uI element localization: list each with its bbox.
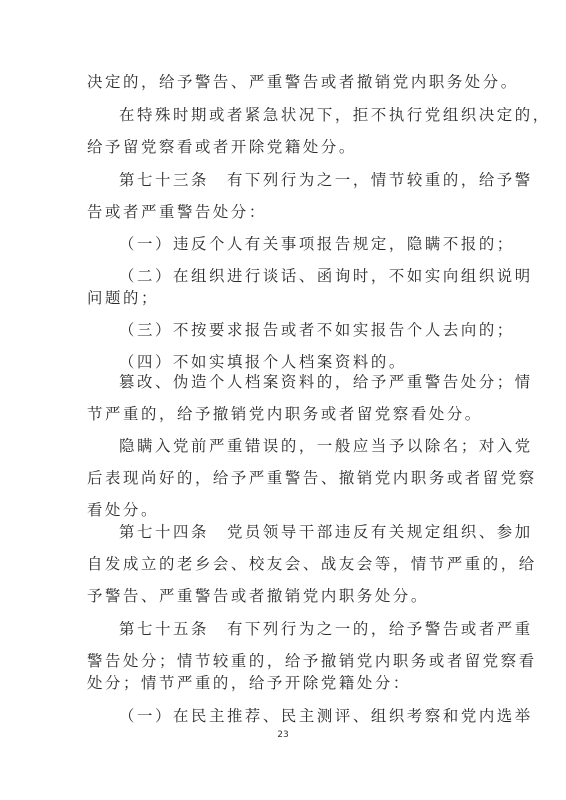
text-line: 节严重的，给予撤销党内职务或者留党察看处分。 bbox=[87, 403, 482, 425]
text-line: 篡改、伪造个人档案资料的，给予严重警告处分；情 bbox=[119, 371, 482, 393]
text-line: 警告处分；情节较重的，给予撤销党内职务或者留党察看 bbox=[87, 650, 482, 672]
list-item: （四）不如实填报个人档案资料的。 bbox=[119, 351, 482, 373]
page-number: 23 bbox=[0, 730, 566, 740]
article-74-heading-line: 第七十四条 党员领导干部违反有关规定组织、参加 bbox=[119, 521, 482, 543]
text-line: 处分；情节严重的，给予开除党籍处分： bbox=[87, 672, 482, 694]
text-line: 告或者严重警告处分： bbox=[87, 201, 482, 223]
list-item: （一）在民主推荐、民主测评、组织考察和党内选举 bbox=[119, 705, 482, 727]
text-line: 隐瞒入党前严重错误的，一般应当予以除名；对入党 bbox=[119, 435, 482, 457]
list-item: （一）违反个人有关事项报告规定，隐瞒不报的； bbox=[119, 233, 482, 255]
text-line: 自发成立的老乡会、校友会、战友会等，情节严重的，给 bbox=[87, 553, 482, 575]
article-73-heading-line: 第七十三条 有下列行为之一，情节较重的，给予警 bbox=[119, 169, 482, 191]
list-item: （三）不按要求报告或者不如实报告个人去向的； bbox=[119, 319, 482, 341]
list-item: （二）在组织进行谈话、函询时，不如实向组织说明 bbox=[119, 265, 482, 287]
text-line: 问题的； bbox=[87, 287, 482, 309]
text-line: 在特殊时期或者紧急状况下，拒不执行党组织决定的， bbox=[119, 104, 482, 126]
article-75-heading-line: 第七十五条 有下列行为之一的，给予警告或者严重 bbox=[119, 618, 482, 640]
text-line: 予警告、严重警告或者撤销党内职务处分。 bbox=[87, 585, 482, 607]
text-line: 决定的，给予警告、严重警告或者撤销党内职务处分。 bbox=[87, 71, 482, 93]
text-line: 后表现尚好的，给予严重警告、撤销党内职务或者留党察 bbox=[87, 467, 482, 489]
text-line: 给予留党察看或者开除党籍处分。 bbox=[87, 136, 482, 158]
text-line: 看处分。 bbox=[87, 499, 482, 521]
document-page: 决定的，给予警告、严重警告或者撤销党内职务处分。 在特殊时期或者紧急状况下，拒不… bbox=[0, 0, 566, 800]
